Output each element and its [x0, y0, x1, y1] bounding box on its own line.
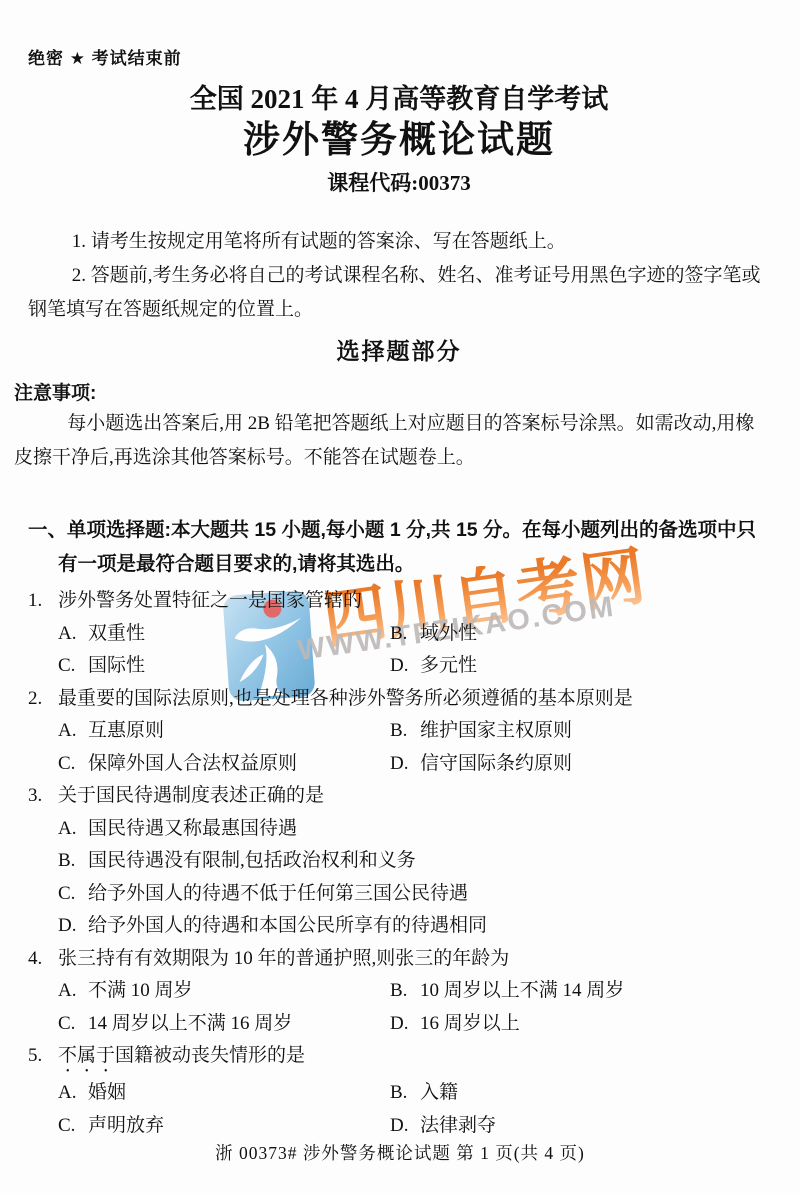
option-text: 域外性	[420, 623, 477, 644]
option-letter: B.	[390, 618, 420, 651]
option-text: 保障外国人合法权益原则	[88, 753, 297, 774]
question-text-rest: 国籍被动丧失情形的是	[115, 1045, 305, 1066]
question-3: 3. 关于国民待遇制度表述正确的是 A.国民待遇又称最惠国待遇 B.国民待遇没有…	[28, 780, 770, 943]
option-text: 14 周岁以上不满 16 周岁	[88, 1013, 292, 1034]
instruction-item-1: 1. 请考生按规定用笔将所有试题的答案涂、写在答题纸上。	[28, 225, 770, 259]
option-c: C.声明放弃	[58, 1110, 390, 1143]
question-text: 不属于国籍被动丧失情形的是	[58, 1040, 770, 1077]
option-group: A.互惠原则 B.维护国家主权原则 C.保障外国人合法权益原则 D.信守国际条约…	[58, 715, 770, 780]
option-letter: A.	[58, 813, 88, 846]
option-letter: C.	[58, 748, 88, 781]
option-text: 声明放弃	[88, 1115, 164, 1136]
option-text: 维护国家主权原则	[420, 720, 572, 741]
question-2: 2. 最重要的国际法原则,也是处理各种涉外警务所必须遵循的基本原则是 A.互惠原…	[28, 683, 770, 781]
option-b: B.入籍	[390, 1077, 770, 1110]
option-text: 给予外国人的待遇不低于任何第三国公民待遇	[88, 883, 468, 904]
option-a: A.国民待遇又称最惠国待遇	[58, 813, 770, 846]
notice-text: 每小题选出答案后,用 2B 铅笔把答题纸上对应题目的答案标号涂黑。如需改动,用橡…	[14, 407, 770, 475]
question-1: 1. 涉外警务处置特征之一是国家管辖的 A.双重性 B.域外性 C.国际性 D.…	[28, 585, 770, 683]
option-text: 国民待遇又称最惠国待遇	[88, 818, 297, 839]
option-b: B.10 周岁以上不满 14 周岁	[390, 975, 770, 1008]
question-list: 1. 涉外警务处置特征之一是国家管辖的 A.双重性 B.域外性 C.国际性 D.…	[28, 585, 770, 1142]
option-text: 入籍	[420, 1082, 458, 1103]
option-group: A.双重性 B.域外性 C.国际性 D.多元性	[58, 618, 770, 683]
option-letter: D.	[390, 748, 420, 781]
option-letter: C.	[58, 1110, 88, 1143]
option-b: B.维护国家主权原则	[390, 715, 770, 748]
option-text: 多元性	[420, 655, 477, 676]
question-text: 关于国民待遇制度表述正确的是	[58, 780, 770, 813]
question-stem: 5. 不属于国籍被动丧失情形的是	[28, 1040, 770, 1077]
classification-label: 绝密 ★ 考试结束前	[28, 44, 770, 69]
option-text: 信守国际条约原则	[420, 753, 572, 774]
question-text: 最重要的国际法原则,也是处理各种涉外警务所必须遵循的基本原则是	[58, 683, 770, 716]
section-title: 选择题部分	[28, 335, 770, 367]
exam-paper-page: 四川自考网 WWW.TFZIKAO.COM 绝密 ★ 考试结束前 全国 2021…	[0, 0, 800, 1193]
question-text-emphasized: 不属于	[58, 1045, 115, 1066]
option-letter: B.	[390, 975, 420, 1008]
general-instructions: 1. 请考生按规定用笔将所有试题的答案涂、写在答题纸上。 2. 答题前,考生务必…	[28, 225, 770, 327]
option-letter: B.	[390, 715, 420, 748]
option-a: A.婚姻	[58, 1077, 390, 1110]
option-group: A.不满 10 周岁 B.10 周岁以上不满 14 周岁 C.14 周岁以上不满…	[58, 975, 770, 1040]
option-letter: B.	[58, 845, 88, 878]
page-title: 涉外警务概论试题	[28, 117, 770, 163]
question-text: 涉外警务处置特征之一是国家管辖的	[58, 585, 770, 618]
page-content: 绝密 ★ 考试结束前 全国 2021 年 4 月高等教育自学考试 涉外警务概论试…	[0, 0, 800, 1142]
question-number: 4.	[28, 943, 58, 976]
option-text: 婚姻	[88, 1082, 126, 1103]
option-d: D.多元性	[390, 650, 770, 683]
option-group: A.国民待遇又称最惠国待遇 B.国民待遇没有限制,包括政治权利和义务 C.给予外…	[58, 813, 770, 943]
option-letter: A.	[58, 715, 88, 748]
question-stem: 1. 涉外警务处置特征之一是国家管辖的	[28, 585, 770, 618]
question-number: 1.	[28, 585, 58, 618]
option-a: A.不满 10 周岁	[58, 975, 390, 1008]
option-d: D.法律剥夺	[390, 1110, 770, 1143]
question-text: 张三持有有效期限为 10 年的普通护照,则张三的年龄为	[58, 943, 770, 976]
page-footer: 浙 00373# 涉外警务概论试题 第 1 页(共 4 页)	[0, 1140, 800, 1165]
option-c: C.给予外国人的待遇不低于任何第三国公民待遇	[58, 878, 770, 911]
option-d: D.信守国际条约原则	[390, 748, 770, 781]
course-code: 课程代码:00373	[28, 169, 770, 197]
question-4: 4. 张三持有有效期限为 10 年的普通护照,则张三的年龄为 A.不满 10 周…	[28, 943, 770, 1041]
option-letter: D.	[390, 1008, 420, 1041]
option-letter: C.	[58, 878, 88, 911]
option-text: 给予外国人的待遇和本国公民所享有的待遇相同	[88, 915, 487, 936]
option-text: 双重性	[88, 623, 145, 644]
exam-session-title: 全国 2021 年 4 月高等教育自学考试	[28, 81, 770, 117]
option-letter: B.	[390, 1077, 420, 1110]
option-text: 10 周岁以上不满 14 周岁	[420, 980, 624, 1001]
question-number: 2.	[28, 683, 58, 716]
option-letter: C.	[58, 650, 88, 683]
option-text: 不满 10 周岁	[88, 980, 193, 1001]
option-text: 国际性	[88, 655, 145, 676]
option-b: B.域外性	[390, 618, 770, 651]
option-letter: A.	[58, 975, 88, 1008]
option-text: 法律剥夺	[420, 1115, 496, 1136]
option-c: C.14 周岁以上不满 16 周岁	[58, 1008, 390, 1041]
option-a: A.互惠原则	[58, 715, 390, 748]
option-group: A.婚姻 B.入籍 C.声明放弃 D.法律剥夺	[58, 1077, 770, 1142]
instruction-item-2: 2. 答题前,考生务必将自己的考试课程名称、姓名、准考证号用黑色字迹的签字笔或钢…	[28, 259, 770, 327]
part1-header: 一、单项选择题:本大题共 15 小题,每小题 1 分,共 15 分。在每小题列出…	[28, 513, 770, 581]
option-text: 互惠原则	[88, 720, 164, 741]
option-letter: A.	[58, 618, 88, 651]
option-letter: C.	[58, 1008, 88, 1041]
question-stem: 4. 张三持有有效期限为 10 年的普通护照,则张三的年龄为	[28, 943, 770, 976]
question-number: 5.	[28, 1040, 58, 1077]
option-letter: D.	[390, 650, 420, 683]
option-d: D.给予外国人的待遇和本国公民所享有的待遇相同	[58, 910, 770, 943]
question-5: 5. 不属于国籍被动丧失情形的是 A.婚姻 B.入籍 C.声明放弃 D.法律剥夺	[28, 1040, 770, 1142]
question-stem: 3. 关于国民待遇制度表述正确的是	[28, 780, 770, 813]
option-c: C.保障外国人合法权益原则	[58, 748, 390, 781]
notice-heading: 注意事项:	[14, 381, 770, 407]
option-letter: A.	[58, 1077, 88, 1110]
option-text: 国民待遇没有限制,包括政治权利和义务	[88, 850, 416, 871]
option-a: A.双重性	[58, 618, 390, 651]
question-stem: 2. 最重要的国际法原则,也是处理各种涉外警务所必须遵循的基本原则是	[28, 683, 770, 716]
option-letter: D.	[390, 1110, 420, 1143]
option-b: B.国民待遇没有限制,包括政治权利和义务	[58, 845, 770, 878]
option-c: C.国际性	[58, 650, 390, 683]
question-number: 3.	[28, 780, 58, 813]
option-text: 16 周岁以上	[420, 1013, 520, 1034]
option-d: D.16 周岁以上	[390, 1008, 770, 1041]
option-letter: D.	[58, 910, 88, 943]
